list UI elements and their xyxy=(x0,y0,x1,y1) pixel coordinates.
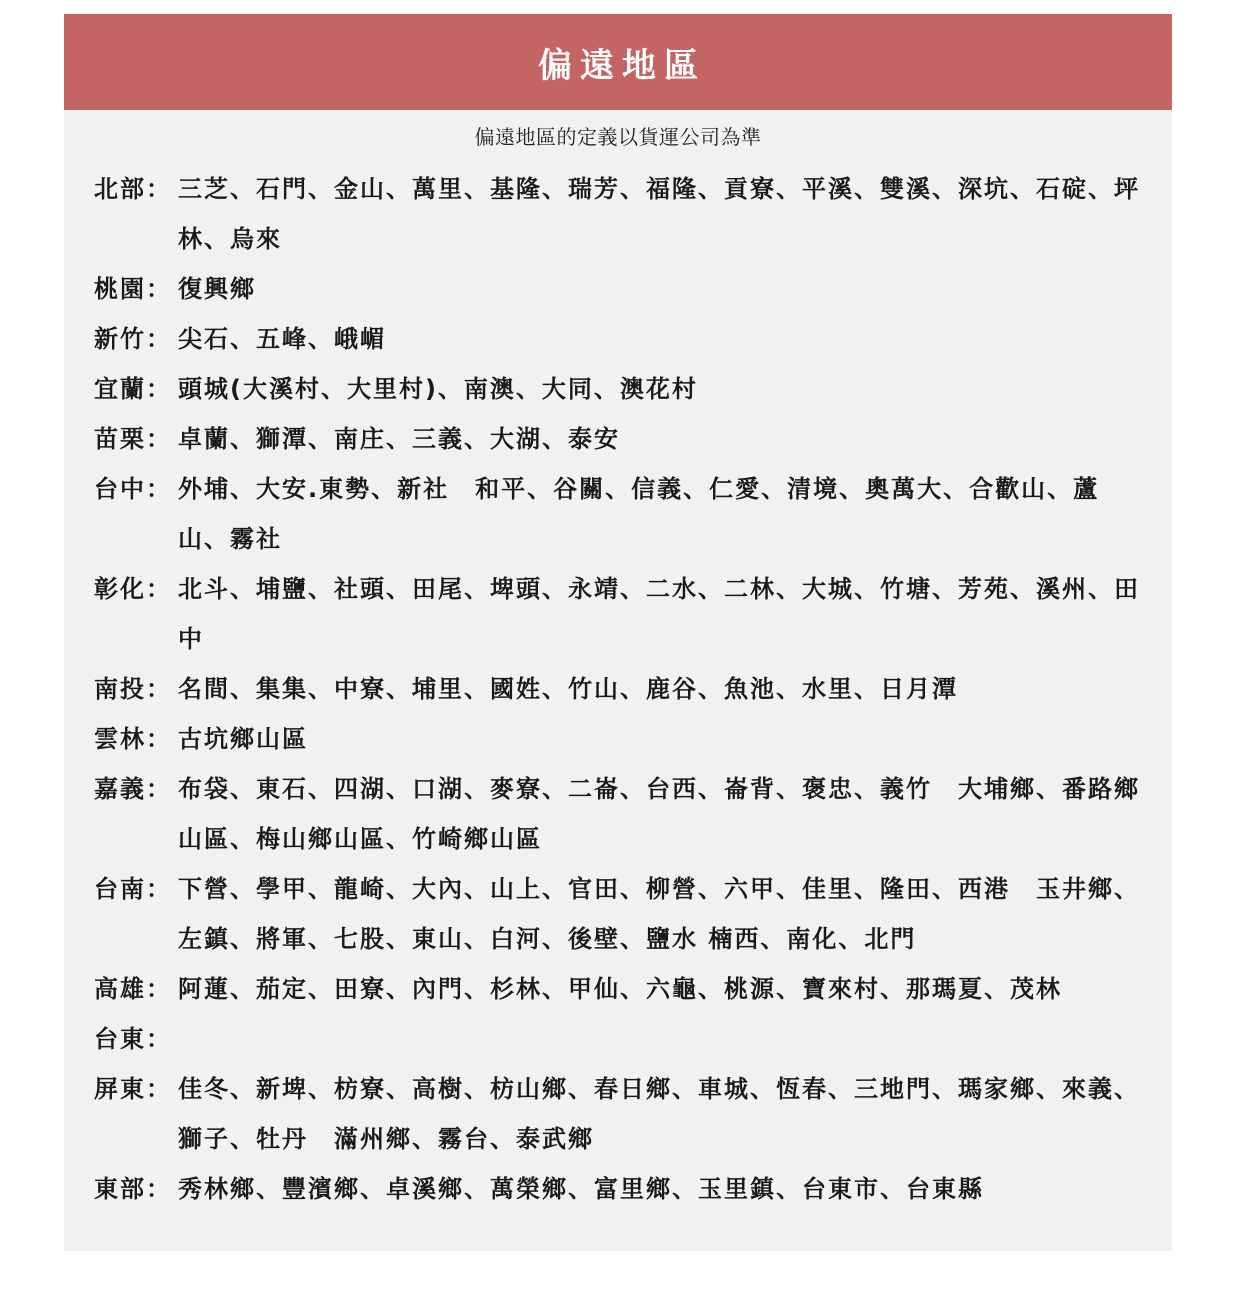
region-label: 桃園： xyxy=(94,264,178,314)
region-row-yunlin: 雲林： 古坑鄉山區 xyxy=(94,714,1142,764)
region-row-east: 東部： 秀林鄉、豐濱鄉、卓溪鄉、萬榮鄉、富里鄉、玉里鎮、台東市、台東縣 xyxy=(94,1164,1142,1214)
region-label: 宜蘭： xyxy=(94,364,178,414)
region-label: 台東： xyxy=(94,1014,178,1064)
region-row-taoyuan: 桃園： 復興鄉 xyxy=(94,264,1142,314)
region-row-hsinchu: 新竹： 尖石、五峰、峨嵋 xyxy=(94,314,1142,364)
region-label: 屏東： xyxy=(94,1064,178,1114)
region-label: 彰化： xyxy=(94,564,178,614)
region-places: 三芝、石門、金山、萬里、基隆、瑞芳、福隆、貢寮、平溪、雙溪、深坑、石碇、坪林、烏… xyxy=(178,164,1142,264)
region-row-miaoli: 苗栗： 卓蘭、獅潭、南庄、三義、大湖、泰安 xyxy=(94,414,1142,464)
region-row-kaohsiung: 高雄： 阿蓮、茄定、田寮、內門、杉林、甲仙、六龜、桃源、寶來村、那瑪夏、茂林 xyxy=(94,964,1142,1014)
region-places: 尖石、五峰、峨嵋 xyxy=(178,314,1142,364)
region-label: 新竹： xyxy=(94,314,178,364)
region-label: 台中： xyxy=(94,464,178,514)
region-row-chiayi: 嘉義： 布袋、東石、四湖、口湖、麥寮、二崙、台西、崙背、褒忠、義竹 大埔鄉、番路… xyxy=(94,764,1142,864)
region-row-pingtung: 屏東： 佳冬、新埤、枋寮、高樹、枋山鄉、春日鄉、車城、恆春、三地門、瑪家鄉、來義… xyxy=(94,1064,1142,1164)
region-row-taitung: 台東： xyxy=(94,1014,1142,1064)
region-places: 下營、學甲、龍崎、大內、山上、官田、柳營、六甲、佳里、隆田、西港 玉井鄉、左鎮、… xyxy=(178,864,1142,964)
region-places: 秀林鄉、豐濱鄉、卓溪鄉、萬榮鄉、富里鄉、玉里鎮、台東市、台東縣 xyxy=(178,1164,1142,1214)
region-places: 名間、集集、中寮、埔里、國姓、竹山、鹿谷、魚池、水里、日月潭 xyxy=(178,664,1142,714)
region-label: 北部： xyxy=(94,164,178,214)
region-label: 東部： xyxy=(94,1164,178,1214)
region-places: 佳冬、新埤、枋寮、高樹、枋山鄉、春日鄉、車城、恆春、三地門、瑪家鄉、來義、獅子、… xyxy=(178,1064,1142,1164)
region-row-tainan: 台南： 下營、學甲、龍崎、大內、山上、官田、柳營、六甲、佳里、隆田、西港 玉井鄉… xyxy=(94,864,1142,964)
region-places: 卓蘭、獅潭、南庄、三義、大湖、泰安 xyxy=(178,414,1142,464)
region-label: 苗栗： xyxy=(94,414,178,464)
region-places: 外埔、大安.東勢、新社 和平、谷關、信義、仁愛、清境、奧萬大、合歡山、蘆山、霧社 xyxy=(178,464,1142,564)
region-label: 雲林： xyxy=(94,714,178,764)
region-places: 北斗、埔鹽、社頭、田尾、埤頭、永靖、二水、二林、大城、竹塘、芳苑、溪州、田中 xyxy=(178,564,1142,664)
region-places: 頭城(大溪村、大里村)、南澳、大同、澳花村 xyxy=(178,364,1142,414)
region-places: 阿蓮、茄定、田寮、內門、杉林、甲仙、六龜、桃源、寶來村、那瑪夏、茂林 xyxy=(178,964,1142,1014)
remote-areas-panel: 偏遠地區 偏遠地區的定義以貨運公司為準 北部： 三芝、石門、金山、萬里、基隆、瑞… xyxy=(64,14,1172,1251)
header-banner: 偏遠地區 xyxy=(64,14,1172,110)
region-label: 南投： xyxy=(94,664,178,714)
region-row-yilan: 宜蘭： 頭城(大溪村、大里村)、南澳、大同、澳花村 xyxy=(94,364,1142,414)
region-label: 台南： xyxy=(94,864,178,914)
page-title: 偏遠地區 xyxy=(530,38,706,87)
region-places: 古坑鄉山區 xyxy=(178,714,1142,764)
region-places: 布袋、東石、四湖、口湖、麥寮、二崙、台西、崙背、褒忠、義竹 大埔鄉、番路鄉山區、… xyxy=(178,764,1142,864)
region-places: 復興鄉 xyxy=(178,264,1142,314)
region-label: 嘉義： xyxy=(94,764,178,814)
region-list: 北部： 三芝、石門、金山、萬里、基隆、瑞芳、福隆、貢寮、平溪、雙溪、深坑、石碇、… xyxy=(64,164,1172,1214)
region-row-taichung: 台中： 外埔、大安.東勢、新社 和平、谷關、信義、仁愛、清境、奧萬大、合歡山、蘆… xyxy=(94,464,1142,564)
region-row-north: 北部： 三芝、石門、金山、萬里、基隆、瑞芳、福隆、貢寮、平溪、雙溪、深坑、石碇、… xyxy=(94,164,1142,264)
region-row-nantou: 南投： 名間、集集、中寮、埔里、國姓、竹山、鹿谷、魚池、水里、日月潭 xyxy=(94,664,1142,714)
subtitle-note: 偏遠地區的定義以貨運公司為準 xyxy=(64,122,1172,152)
region-label: 高雄： xyxy=(94,964,178,1014)
region-row-changhua: 彰化： 北斗、埔鹽、社頭、田尾、埤頭、永靖、二水、二林、大城、竹塘、芳苑、溪州、… xyxy=(94,564,1142,664)
